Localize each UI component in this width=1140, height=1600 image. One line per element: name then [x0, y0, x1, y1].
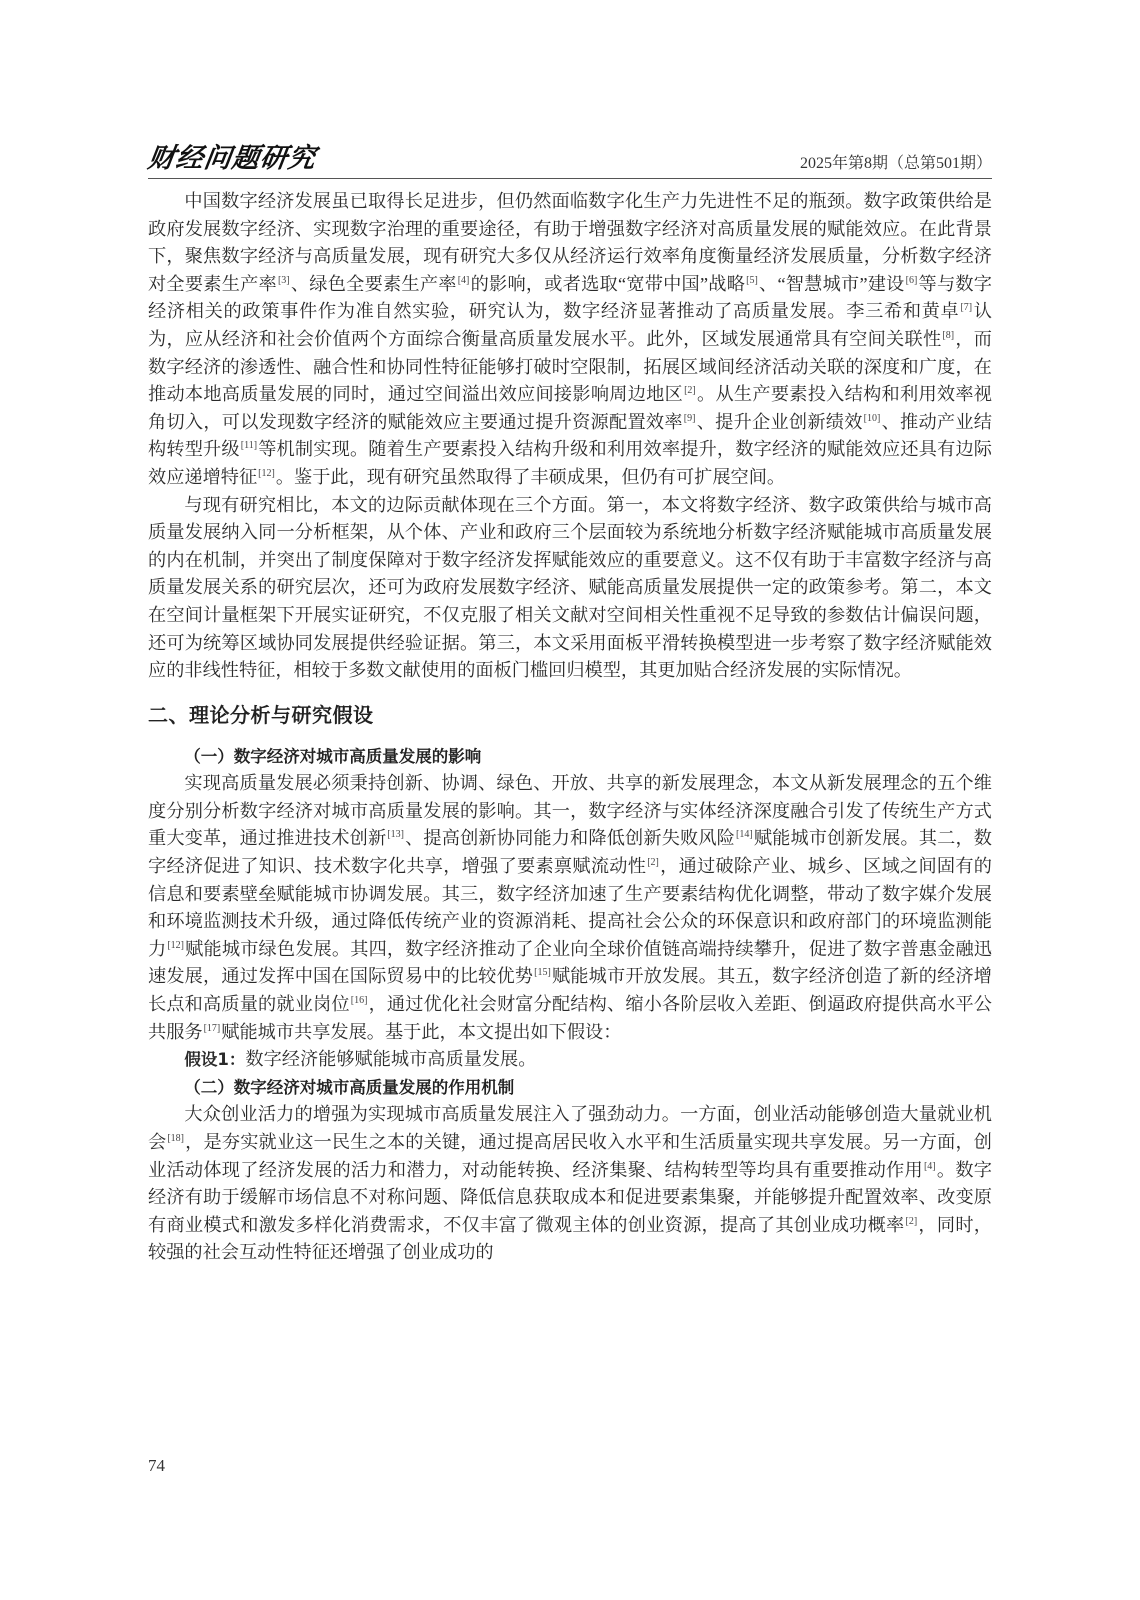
- hypothesis-1: 假设1：数字经济能够赋能城市高质量发展。: [148, 1046, 992, 1074]
- citation[interactable]: [5]: [746, 275, 758, 286]
- page-number: 74: [148, 1456, 165, 1476]
- citation[interactable]: [2]: [647, 857, 659, 868]
- citation[interactable]: [11]: [241, 440, 257, 451]
- citation[interactable]: [13]: [387, 829, 404, 840]
- citation[interactable]: [15]: [534, 967, 551, 978]
- citation[interactable]: [12]: [258, 468, 275, 479]
- citation[interactable]: [10]: [864, 413, 881, 424]
- citation[interactable]: [7]: [960, 302, 972, 313]
- paragraph-mechanism: 大众创业活力的增强为实现城市高质量发展注入了强劲动力。一方面，创业活动能够创造大…: [148, 1101, 992, 1267]
- citation[interactable]: [3]: [278, 275, 290, 286]
- text-segment: 、提升企业创新绩效: [696, 412, 862, 432]
- article-body: 中国数字经济发展虽已取得长足进步，但仍然面临数字化生产力先进性不足的瓶颈。数字政…: [148, 188, 992, 1267]
- text-segment: 与现有研究相比，本文的边际贡献体现在三个方面。第一，本文将数字经济、数字政策供给…: [148, 495, 992, 681]
- hypothesis-text: 数字经济能够赋能城市高质量发展。: [245, 1049, 536, 1069]
- citation[interactable]: [6]: [906, 275, 918, 286]
- journal-logo: 财经问题研究: [146, 142, 319, 176]
- text-segment: 、提高创新协同能力和降低创新失败风险: [405, 828, 735, 848]
- running-header: 财经问题研究 2025年第8期（总第501期）: [148, 140, 992, 179]
- issue-info: 2025年第8期（总第501期）: [800, 153, 992, 175]
- text-segment: 。鉴于此，现有研究虽然取得了丰硕成果，但仍有可扩展空间。: [276, 467, 785, 487]
- hypothesis-label: 假设1：: [184, 1050, 245, 1069]
- citation[interactable]: [12]: [167, 940, 184, 951]
- citation[interactable]: [16]: [351, 995, 368, 1006]
- text-segment: ，是夯实就业这一民生之本的关键，通过提高居民收入水平和生活质量实现共享发展。另一…: [148, 1132, 992, 1180]
- text-segment: 赋能城市共享发展。基于此，本文提出如下假设：: [221, 1022, 621, 1042]
- paragraph-contributions: 与现有研究相比，本文的边际贡献体现在三个方面。第一，本文将数字经济、数字政策供给…: [148, 492, 992, 685]
- citation[interactable]: [2]: [684, 385, 696, 396]
- citation[interactable]: [2]: [906, 1216, 918, 1227]
- citation[interactable]: [9]: [684, 413, 696, 424]
- text-segment: 、绿色全要素生产率: [291, 274, 457, 294]
- citation[interactable]: [14]: [736, 829, 753, 840]
- citation[interactable]: [4]: [924, 1161, 936, 1172]
- citation[interactable]: [18]: [167, 1133, 184, 1144]
- journal-page: 财经问题研究 2025年第8期（总第501期） 中国数字经济发展虽已取得长足进步…: [148, 140, 992, 1267]
- citation[interactable]: [8]: [942, 330, 954, 341]
- text-segment: 的影响，或者选取“宽带中国”战略: [470, 274, 745, 294]
- subsection-heading: （二）数字经济对城市高质量发展的作用机制: [148, 1074, 992, 1102]
- citation[interactable]: [17]: [204, 1023, 221, 1034]
- subsection-heading: （一）数字经济对城市高质量发展的影响: [148, 743, 992, 771]
- text-segment: 、“智慧城市”建设: [759, 274, 905, 294]
- paragraph-literature-review: 中国数字经济发展虽已取得长足进步，但仍然面临数字化生产力先进性不足的瓶颈。数字政…: [148, 188, 992, 492]
- section-heading: 二、理论分析与研究假设: [148, 701, 992, 729]
- paragraph-impact-analysis: 实现高质量发展必须秉持创新、协调、绿色、开放、共享的新发展理念，本文从新发展理念…: [148, 770, 992, 1046]
- citation[interactable]: [4]: [458, 275, 470, 286]
